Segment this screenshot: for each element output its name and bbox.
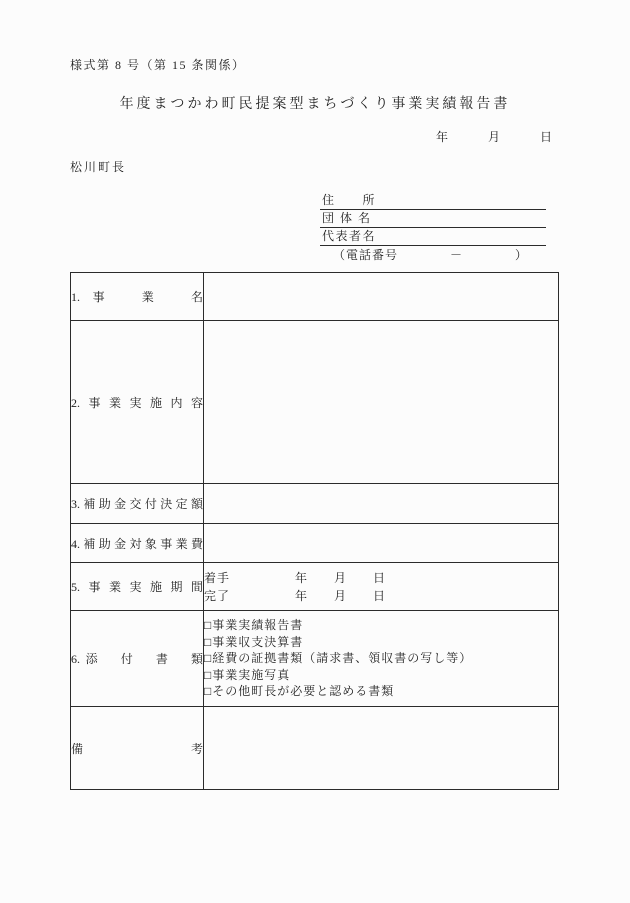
address-field: 住 所: [320, 192, 546, 210]
group-name-field: 団 体 名: [320, 210, 546, 228]
applicant-block: 住 所 団 体 名 代表者名 （電話番号 － ）: [320, 192, 546, 265]
implementation-details-label: 2.事業実施内容: [71, 321, 204, 484]
implementation-period-label: 5.事業実施期間: [71, 563, 204, 611]
representative-field: 代表者名: [320, 228, 546, 246]
remarks-label: 備 考: [71, 707, 204, 790]
remarks-value: [204, 707, 559, 790]
checkbox-item-report: □事業実績報告書: [204, 617, 558, 633]
period-start-line: 着手 年 月 日: [204, 569, 558, 587]
addressee: 松川町長: [70, 158, 126, 175]
table-row-implementation-details: 2.事業実施内容: [71, 321, 559, 484]
table-row-project-name: 1.事 業 名: [71, 273, 559, 321]
period-end-line: 完了 年 月 日: [204, 587, 558, 605]
checkbox-item-photos: □事業実施写真: [204, 667, 558, 683]
attached-documents-value: □事業実績報告書 □事業収支決算書 □経費の証拠書類（請求書、領収書の写し等） …: [204, 611, 559, 707]
date-line: 年 月 日: [0, 128, 630, 145]
document-title: 年度まつかわ町民提案型まちづくり事業実績報告書: [0, 93, 630, 113]
attached-documents-label: 6.添 付 書 類: [71, 611, 204, 707]
document-page: 様式第 8 号（第 15 条関係） 年度まつかわ町民提案型まちづくり事業実績報告…: [0, 0, 630, 903]
subsidy-decided-amount-label: 3.補助金交付決定額: [71, 484, 204, 524]
table-row-attached-documents: 6.添 付 書 類 □事業実績報告書 □事業収支決算書 □経費の証拠書類（請求書…: [71, 611, 559, 707]
subsidy-decided-amount-value: [204, 484, 559, 524]
project-name-value: [204, 273, 559, 321]
table-row-subsidy-decided-amount: 3.補助金交付決定額: [71, 484, 559, 524]
checkbox-item-settlement: □事業収支決算書: [204, 634, 558, 650]
checkbox-item-evidence: □経費の証拠書類（請求書、領収書の写し等）: [204, 650, 558, 666]
table-row-implementation-period: 5.事業実施期間 着手 年 月 日 完了 年 月 日: [71, 563, 559, 611]
form-number: 様式第 8 号（第 15 条関係）: [70, 56, 246, 73]
table-row-subsidy-target-cost: 4.補助金対象事業費: [71, 524, 559, 563]
project-name-label: 1.事 業 名: [71, 273, 204, 321]
report-form-table: 1.事 業 名 2.事業実施内容 3.補助金交付決定額 4.補助金対象事業費 5…: [70, 272, 559, 790]
checkbox-item-other: □その他町長が必要と認める書類: [204, 683, 558, 699]
subsidy-target-cost-label: 4.補助金対象事業費: [71, 524, 204, 563]
table-row-remarks: 備 考: [71, 707, 559, 790]
implementation-period-value: 着手 年 月 日 完了 年 月 日: [204, 563, 559, 611]
phone-field: （電話番号 － ）: [320, 246, 546, 265]
subsidy-target-cost-value: [204, 524, 559, 563]
implementation-details-value: [204, 321, 559, 484]
